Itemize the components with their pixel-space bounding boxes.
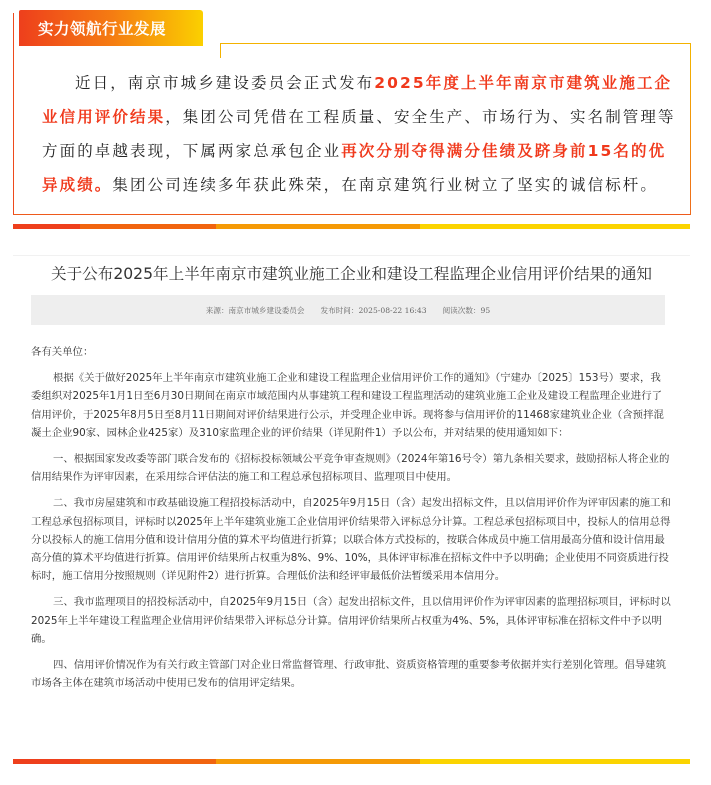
meta-source: 来源：南京市城乡建设委员会 xyxy=(206,305,305,316)
notice-paragraph-3: 三、我市监理项目的招投标活动中，自2025年9月15日（含）起发出招标文件，且以… xyxy=(31,593,671,648)
divider-seg-red xyxy=(13,224,80,229)
intro-seg-4: 集团公司连续多年获此殊荣，在南京建筑行业树立了坚实的诚信标杆。 xyxy=(112,176,658,194)
intro-paragraph: 近日，南京市城乡建设委员会正式发布2025年度上半年南京市建筑业施工企业信用评价… xyxy=(42,66,682,202)
notice-paragraph-2: 二、我市房屋建筑和市政基础设施工程招投标活动中，自2025年9月15日（含）起发… xyxy=(31,494,671,585)
divider-seg-orange xyxy=(80,759,216,764)
notice-meta-bar: 来源：南京市城乡建设委员会 发布时间：2025-08-22 16:43 阅读次数… xyxy=(31,295,665,325)
notice-paragraph-4: 四、信用评价情况作为有关行政主管部门对企业日常监督管理、行政审批、资质资格管理的… xyxy=(31,656,671,692)
notice-body: 各有关单位： 根据《关于做好2025年上半年南京市建筑业施工企业和建设工程监理企… xyxy=(31,343,671,700)
frame-right-rule xyxy=(690,58,691,215)
intro-seg-0: 近日，南京市城乡建设委员会正式发布 xyxy=(75,74,374,92)
notice-greeting: 各有关单位： xyxy=(31,343,671,361)
meta-published: 发布时间：2025-08-22 16:43 xyxy=(321,305,427,316)
divider-seg-amber xyxy=(216,759,420,764)
divider-seg-amber xyxy=(216,224,420,229)
notice-top-line xyxy=(13,255,690,256)
divider-seg-red xyxy=(13,759,80,764)
divider-top xyxy=(13,224,690,229)
divider-seg-yellow xyxy=(420,759,690,764)
meta-views: 阅读次数：95 xyxy=(443,305,491,316)
divider-bottom xyxy=(13,759,690,764)
notice-paragraph-intro: 根据《关于做好2025年上半年南京市建筑业施工企业和建设工程监理企业信用评价工作… xyxy=(31,369,671,442)
notice-title: 关于公布2025年上半年南京市建筑业施工企业和建设工程监理企业信用评价结果的通知 xyxy=(13,262,690,284)
badge-title: 实力领航行业发展 xyxy=(38,17,166,39)
frame-top-rule xyxy=(220,43,691,58)
divider-seg-yellow xyxy=(420,224,690,229)
section-badge: 实力领航行业发展 xyxy=(19,10,203,46)
notice-paragraph-1: 一、根据国家发改委等部门联合发布的《招标投标领域公平竞争审查规则》（2024年第… xyxy=(31,450,671,486)
divider-seg-orange xyxy=(80,224,216,229)
